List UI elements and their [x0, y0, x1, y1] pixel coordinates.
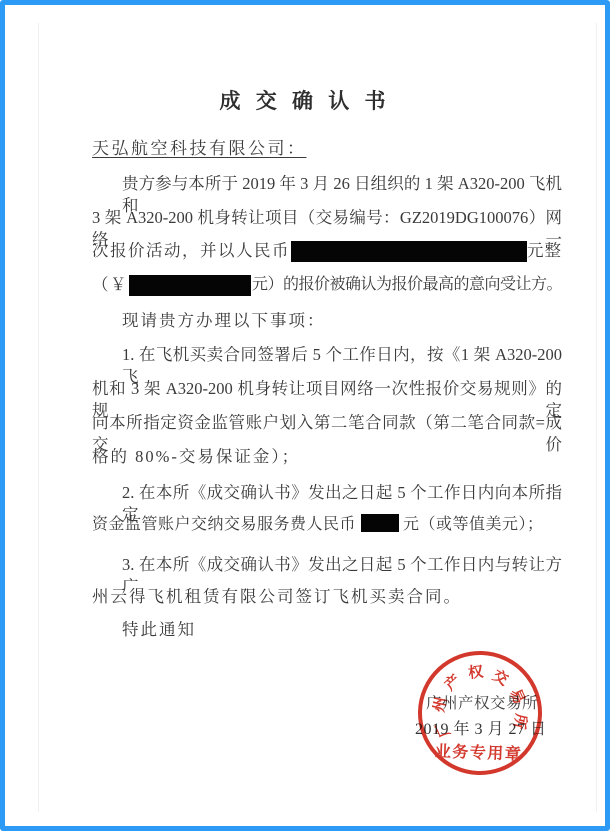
redaction-box-amount-numeric [129, 275, 251, 296]
scan-edge-left [38, 23, 39, 812]
service-fee-label: 资金监管账户交纳交易服务费人民币 [92, 516, 356, 533]
item2-line2: 资金监管账户交纳交易服务费人民币 元（或等值美元）； [92, 514, 562, 536]
bid-amount-numeric-prefix: （￥ [92, 274, 128, 296]
seal-arc-char: 州 [428, 694, 449, 715]
paragraph1-line4: （￥ 元）的报价被确认为报价最高的意向受让方。 [92, 274, 562, 296]
service-fee-suffix: 元（或等值美元）； [403, 516, 544, 533]
bid-amount-suffix: 元整 [527, 240, 562, 262]
recipient-company: 天弘航空科技有限公司： [92, 134, 307, 159]
item1-line4: 格的 80%-交易保证金）； [92, 446, 562, 468]
closing-notice: 特此通知 [92, 619, 562, 641]
redaction-box-amount-words [291, 241, 527, 262]
seal-arc-char: 易 [506, 684, 530, 708]
bid-amount-label: 次报价活动，并以人民币 [92, 240, 290, 262]
redaction-box-service-fee [361, 514, 399, 532]
document-title: 成 交 确 认 书 [5, 85, 605, 115]
seal-bottom-text: 业务专用章 [420, 738, 537, 765]
seal-arc-char: 权 [466, 661, 486, 681]
seal-arc-char: 产 [439, 669, 464, 694]
item3-line2: 州云得飞机租赁有限公司签订飞机买卖合同。 [92, 586, 562, 608]
paragraph2: 现请贵方办理以下事项： [92, 310, 562, 332]
seal-arc-char: 所 [510, 711, 531, 732]
scan-edge-right [596, 23, 597, 812]
official-seal: 广州产权交易所 业务专用章 [416, 649, 544, 777]
document-page: 成 交 确 认 书 天弘航空科技有限公司： 贵方参与本所于 2019 年 3 月… [0, 0, 610, 831]
bid-confirmation-text: 元）的报价被确认为报价最高的意向受让方。 [252, 274, 562, 296]
paragraph1-line3: 次报价活动，并以人民币 元整 [92, 240, 562, 262]
scanned-document: 成 交 确 认 书 天弘航空科技有限公司： 贵方参与本所于 2019 年 3 月… [5, 5, 605, 826]
seal-arc-char: 交 [489, 664, 514, 689]
